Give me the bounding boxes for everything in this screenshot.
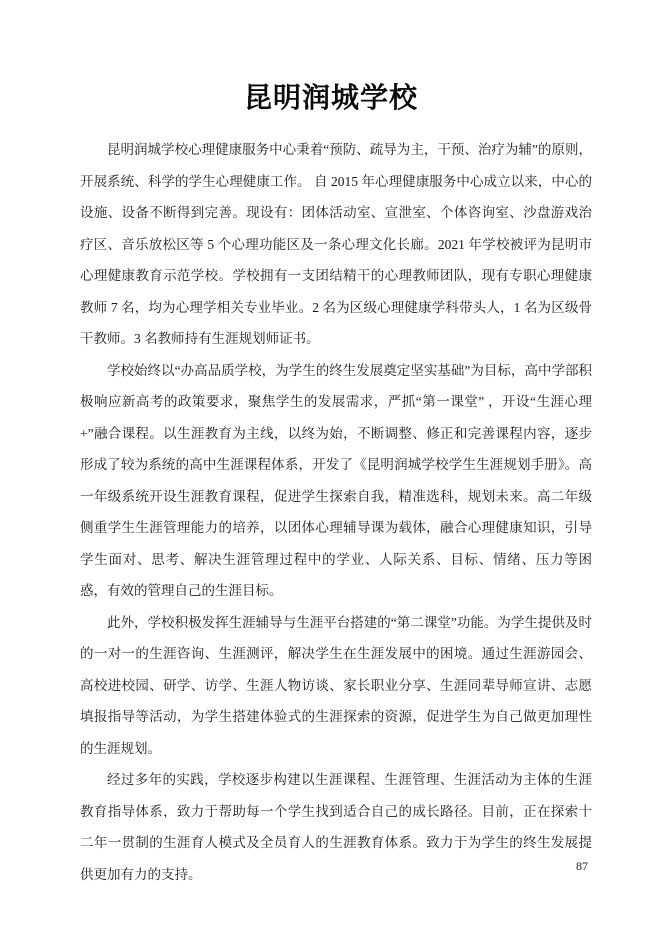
page-number: 87 <box>576 859 588 874</box>
paragraph-3: 此外，学校积极发挥生涯辅导与生涯平台搭建的“第二课堂”功能。为学生提供及时的一对… <box>80 607 592 765</box>
paragraph-2: 学校始终以“办高品质学校，为学生的终生发展奠定坚实基础”为目标，高中学部积极响应… <box>80 355 592 607</box>
paragraph-1: 昆明润城学校心理健康服务中心秉着“预防、疏导为主，干预、治疗为辅”的原则，开展系… <box>80 134 592 355</box>
paragraph-4: 经过多年的实践，学校逐步构建以生涯课程、生涯管理、生涯活动为主体的生涯教育指导体… <box>80 764 592 890</box>
page-title: 昆明润城学校 <box>0 0 662 114</box>
document-page: 昆明润城学校 昆明润城学校心理健康服务中心秉着“预防、疏导为主，干预、治疗为辅”… <box>0 0 662 936</box>
document-body: 昆明润城学校心理健康服务中心秉着“预防、疏导为主，干预、治疗为辅”的原则，开展系… <box>80 134 592 890</box>
